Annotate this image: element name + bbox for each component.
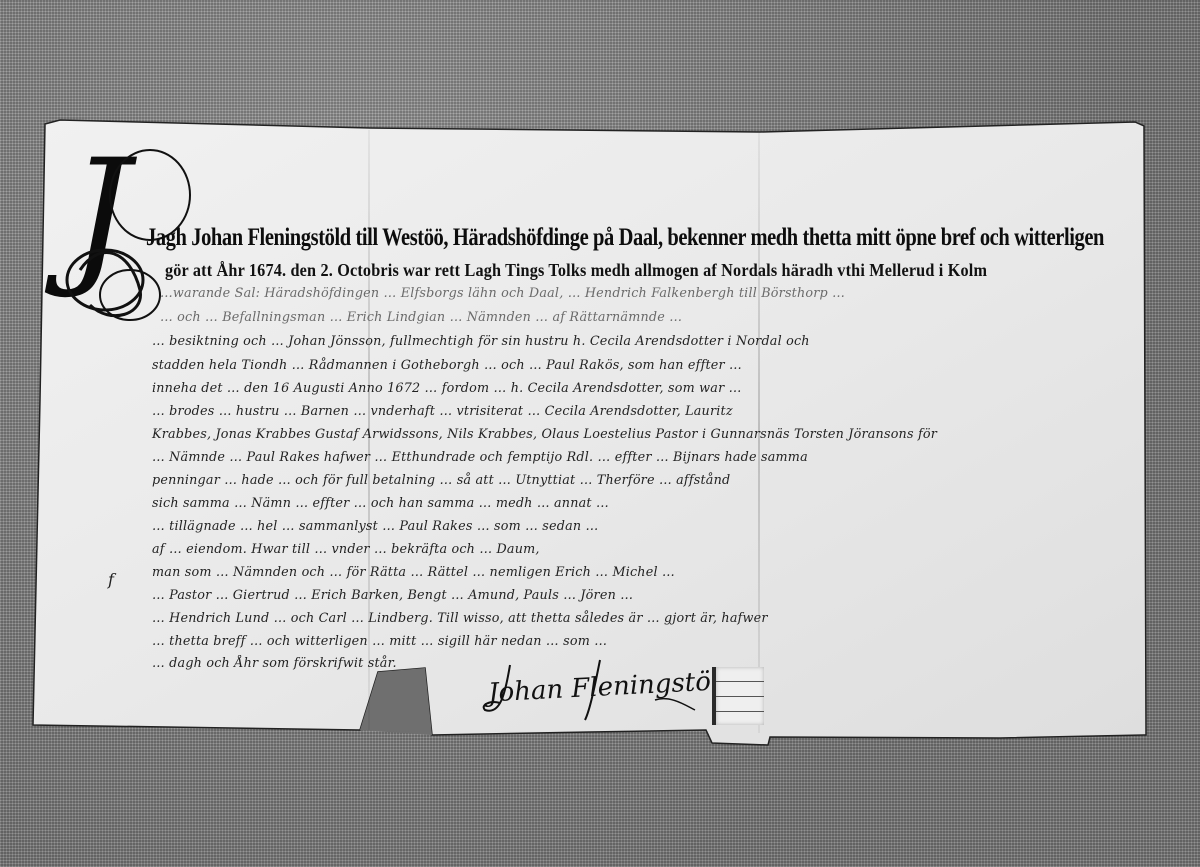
document-line-4: … och … Befallningsman … Erich Lindgian … — [160, 310, 682, 325]
document-line-5: … besiktning och … Johan Jönsson, fullme… — [152, 334, 810, 349]
signature-flourish-icon — [480, 655, 710, 725]
document-line-7: inneha det … den 16 Augusti Anno 1672 … … — [152, 381, 742, 396]
document-line-13: … tillägnade … hel … sammanlyst … Paul R… — [152, 519, 598, 534]
document-line-10: … Nämnde … Paul Rakes hafwer … Etthundra… — [152, 450, 808, 465]
document-line-6: stadden hela Tiondh … Rådmannen i Gotheb… — [152, 358, 742, 373]
document-line-1: Jagh Johan Fleningstöld till Westöö, Här… — [146, 224, 1104, 252]
document-line-2: gör att Åhr 1674. den 2. Octobris war re… — [165, 260, 987, 281]
document-photo: J Jagh Johan Fleningstöld till Westöö, H… — [0, 0, 1200, 867]
document-line-11: penningar … hade … och för full betalnin… — [152, 473, 730, 488]
document-line-18: … thetta breff … och witterligen … mitt … — [152, 634, 607, 649]
document-line-19: … dagh och Åhr som förskrifwit står. — [152, 656, 397, 671]
document-line-15: man som … Nämnden och … för Rätta … Rätt… — [152, 565, 675, 580]
document-line-17: … Hendrich Lund … och Carl … Lindberg. T… — [152, 611, 768, 626]
document-line-12: sich samma … Nämn … effter … och han sam… — [152, 496, 609, 511]
seal-tab — [712, 667, 764, 725]
marginal-mark: f — [108, 570, 114, 589]
document-line-9: Krabbes, Jonas Krabbes Gustaf Arwidssons… — [152, 427, 937, 442]
document-line-16: … Pastor … Giertrud … Erich Barken, Beng… — [152, 588, 633, 603]
document-line-3: …warande Sal: Häradshöfdingen … Elfsborg… — [160, 286, 845, 301]
document-line-14: af … eiendom. Hwar till … vnder … bekräf… — [152, 542, 540, 557]
document-line-8: … brodes … hustru … Barnen … vnderhaft …… — [152, 404, 733, 419]
